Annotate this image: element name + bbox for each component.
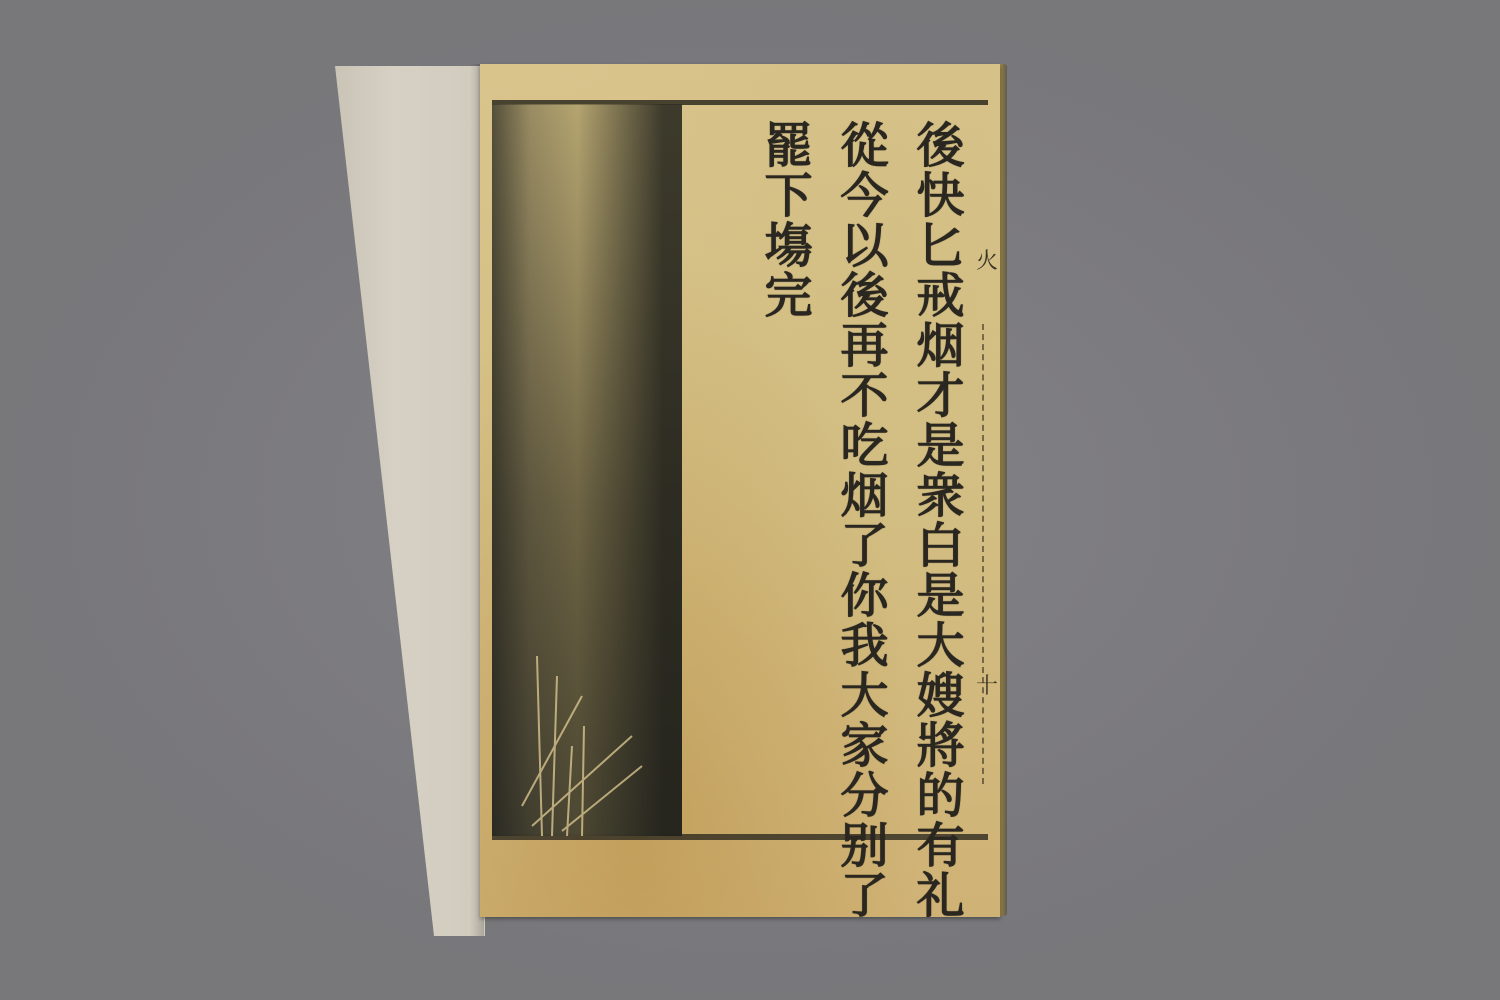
book-page: 後快匕戒烟才是衆白是大嫂將的有礼 從今以後再不吃烟了你我大家分别了 罷下塲完 火… xyxy=(480,64,1000,917)
woodblock-illustration xyxy=(492,104,682,836)
text-column-1: 後快匕戒烟才是衆白是大嫂將的有礼 xyxy=(912,120,960,920)
marginal-mark-top: 火 xyxy=(976,244,998,275)
text-column-3: 罷下塲完 xyxy=(760,120,808,920)
marginal-mark-bottom: 十 xyxy=(976,669,998,700)
text-column-2: 從今以後再不吃烟了你我大家分别了 xyxy=(836,120,884,920)
grass-illustration-icon xyxy=(512,636,652,836)
text-columns: 後快匕戒烟才是衆白是大嫂將的有礼 從今以後再不吃烟了你我大家分别了 罷下塲完 xyxy=(760,120,960,920)
frame-border-right xyxy=(982,324,986,784)
